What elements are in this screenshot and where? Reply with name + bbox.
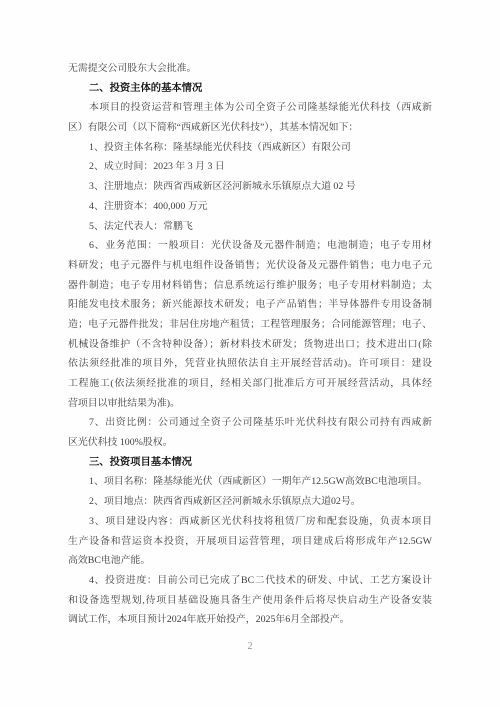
- text-line: 1、项目名称：隆基绿能光伏（西咸新区）一期年产12.5GW高效BC电池项目。: [68, 472, 432, 492]
- text-line: 和设备选型规划,待项目基础设施具备生产使用条件后将尽快启动生产设备安装: [68, 591, 432, 611]
- text-line: 7、出资比例：公司通过全资子公司隆基乐叶光伏科技有限公司持有西咸新: [68, 413, 432, 433]
- text-line: 料研发；电子元器件与机电组件设备销售；光伏设备及元器件销售；电力电子元: [68, 256, 432, 276]
- document-body: 无需提交公司股东大会批准。二、投资主体的基本情况本项目的投资运营和管理主体为公司…: [68, 59, 432, 630]
- text-line: 工程施工(依法须经批准的项目，经相关部门批准后方可开展经营活动，具体经: [68, 374, 432, 394]
- page-number: 2: [0, 641, 500, 652]
- document-page: 无需提交公司股东大会批准。二、投资主体的基本情况本项目的投资运营和管理主体为公司…: [0, 0, 500, 707]
- text-line: 机械设备维护（不含特种设备）；新材料技术研发；货物进出口；技术进出口(除: [68, 335, 432, 355]
- text-line: 3、注册地点：陕西省西咸新区泾河新城永乐镇原点大道 02 号: [68, 177, 432, 197]
- text-line: 区光伏科技 100%股权。: [68, 433, 432, 453]
- text-line: 4、注册资本：400,000 万元: [68, 197, 432, 217]
- text-line: 阳能发电技术服务；新兴能源技术研发；电子产品销售；半导体器件专用设备制: [68, 295, 432, 315]
- text-line: 本项目的投资运营和管理主体为公司全资子公司隆基绿能光伏科技（西咸新: [68, 98, 432, 118]
- text-line: 5、法定代表人：常鹏飞: [68, 217, 432, 237]
- text-line: 2、项目地点：陕西省西咸新区泾河新城永乐镇原点大道02号。: [68, 492, 432, 512]
- section-heading: 三、投资项目基本情况: [68, 453, 432, 473]
- text-line: 高效BC电池产能。: [68, 551, 432, 571]
- text-line: 区）有限公司（以下简称“西咸新区光伏科技”），其基本情况如下：: [68, 118, 432, 138]
- text-line: 6、业务范围：一般项目：光伏设备及元器件制造；电池制造；电子专用材: [68, 236, 432, 256]
- text-line: 1、投资主体名称：隆基绿能光伏科技（西咸新区）有限公司: [68, 138, 432, 158]
- text-line: 生产设备和营运资本投资，开展项目运营管理，项目建成后将形成年产12.5GW: [68, 532, 432, 552]
- section-heading: 二、投资主体的基本情况: [68, 79, 432, 99]
- text-line: 器件制造；电子专用材料销售；信息系统运行维护服务；电子专用材料制造；太: [68, 276, 432, 296]
- text-line: 无需提交公司股东大会批准。: [68, 59, 432, 79]
- text-line: 造；电子元器件批发；非居住房地产租赁；工程管理服务；合同能源管理；电子、: [68, 315, 432, 335]
- text-line: 营项目以审批结果为准)。: [68, 394, 432, 414]
- text-line: 4、投资进度：目前公司已完成了BC二代技术的研发、中试、工艺方案设计: [68, 571, 432, 591]
- text-line: 依法须经批准的项目外，凭营业执照依法自主开展经营活动)。许可项目：建设: [68, 354, 432, 374]
- text-line: 调试工作，本项目预计2024年底开始投产，2025年6月全部投产。: [68, 610, 432, 630]
- text-line: 3、项目建设内容：西咸新区光伏科技将租赁厂房和配套设施，负责本项目: [68, 512, 432, 532]
- text-line: 2、成立时间：2023 年 3 月 3 日: [68, 157, 432, 177]
